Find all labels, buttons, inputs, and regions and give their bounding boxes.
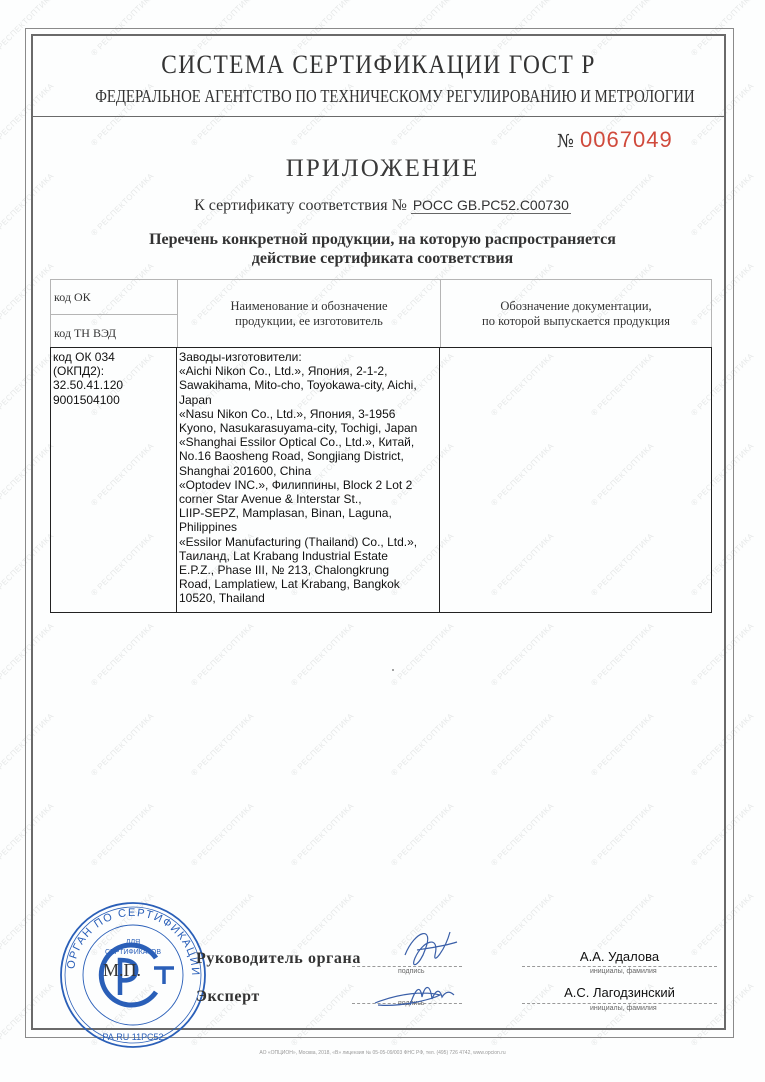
- annex-title: ПРИЛОЖЕНИЕ: [0, 155, 765, 183]
- scope-description: Перечень конкретной продукции, на котору…: [0, 230, 765, 268]
- column-divider: [176, 348, 177, 612]
- form-number: №0067049: [557, 127, 673, 153]
- product-line: LIIP-SEPZ, Mamplasan, Binan, Laguna,: [179, 506, 441, 520]
- svg-text:СЕРТИФИКАТОВ: СЕРТИФИКАТОВ: [105, 949, 161, 956]
- certificate-reference-label: К сертификату соответствия №: [194, 197, 407, 214]
- printer-footer: АО «ОПЦИОН», Москва, 2018, «В» лицензия …: [0, 1050, 765, 1056]
- product-line: Sawakihama, Mito-cho, Toyokawa-city, Aic…: [179, 378, 441, 392]
- speck: [392, 669, 394, 671]
- product-line: Japan: [179, 393, 441, 407]
- product-line: Заводы-изготовители:: [179, 350, 441, 364]
- product-line: Shanghai 201600, China: [179, 464, 441, 478]
- header-codes-cell: код ОК код ТН ВЭД: [51, 280, 178, 348]
- header-product-text: Наименование и обозначениепродукции, ее …: [230, 299, 387, 329]
- head-label: Руководитель органа: [196, 950, 361, 968]
- expert-name-caption: инициалы, фамилия: [590, 1005, 657, 1012]
- product-line: «Optodev INC.», Филиппины, Block 2 Lot 2: [179, 478, 441, 492]
- code-line: 9001504100: [53, 393, 175, 407]
- certificate-header: СИСТЕМА СЕРТИФИКАЦИИ ГОСТ Р ФЕДЕРАЛЬНОЕ …: [33, 36, 724, 117]
- product-line: Road, Lamplatiew, Lat Krabang, Bangkok: [179, 577, 441, 591]
- products-table-header: код ОК код ТН ВЭД Наименование и обознач…: [50, 279, 712, 347]
- system-title: СИСТЕМА СЕРТИФИКАЦИИ ГОСТ Р: [68, 50, 690, 80]
- header-documentation: Обозначение документации,по которой выпу…: [441, 280, 711, 348]
- product-line: «Aichi Nikon Co., Ltd.», Япония, 2-1-2,: [179, 364, 441, 378]
- agency-name: ФЕДЕРАЛЬНОЕ АГЕНТСТВО ПО ТЕХНИЧЕСКОМУ РЕ…: [95, 86, 662, 107]
- scope-line-2: действие сертификата соответствия: [0, 249, 765, 268]
- product-line: «Shanghai Essilor Optical Co., Ltd.», Ки…: [179, 435, 441, 449]
- svg-text:РА RU 11РС52: РА RU 11РС52: [102, 1032, 163, 1042]
- certificate-reference: К сертификату соответствия №РОСС GB.РС52…: [0, 197, 765, 215]
- product-line: Kyono, Nasukarasuyama-city, Tochigi, Jap…: [179, 421, 441, 435]
- product-line: No.16 Baosheng Road, Songjiang District,: [179, 449, 441, 463]
- product-line: Philippines: [179, 520, 441, 534]
- head-name-line: [522, 966, 717, 967]
- head-name: А.А. Удалова: [522, 949, 717, 964]
- product-cell: Заводы-изготовители:«Aichi Nikon Co., Lt…: [179, 350, 441, 606]
- code-line: (ОКПД2):: [53, 364, 175, 378]
- header-split-line: [51, 314, 177, 315]
- form-number-value: 0067049: [580, 127, 673, 152]
- head-signature: [395, 920, 465, 975]
- expert-name: А.С. Лагодзинский: [522, 985, 717, 1000]
- number-sign: №: [557, 131, 574, 152]
- product-line: E.P.Z., Phase III, № 213, Chalongkrung: [179, 563, 441, 577]
- header-tn-ved-code: код ТН ВЭД: [54, 326, 116, 341]
- header-documentation-text: Обозначение документации,по которой выпу…: [482, 299, 670, 329]
- product-line: Таиланд, Lat Krabang Industrial Estate: [179, 549, 441, 563]
- expert-label: Эксперт: [196, 988, 260, 1006]
- head-name-caption: инициалы, фамилия: [590, 968, 657, 975]
- header-product: Наименование и обозначениепродукции, ее …: [178, 280, 441, 348]
- expert-name-line: [522, 1003, 717, 1004]
- certificate-reference-value: РОСС GB.РС52.С00730: [411, 197, 571, 214]
- stamp-place-mark: М.П.: [103, 960, 141, 981]
- scope-line-1: Перечень конкретной продукции, на котору…: [0, 230, 765, 249]
- expert-signature: [370, 975, 470, 1015]
- column-divider: [439, 348, 440, 612]
- products-table-row: код ОК 034(ОКПД2):32.50.41.1209001504100…: [50, 347, 712, 613]
- product-line: «Essilor Manufacturing (Thailand) Co., L…: [179, 535, 441, 549]
- product-line: «Nasu Nikon Co., Ltd.», Япония, 3-1956: [179, 407, 441, 421]
- code-line: 32.50.41.120: [53, 378, 175, 392]
- svg-text:ДЛЯ: ДЛЯ: [126, 939, 140, 946]
- codes-cell: код ОК 034(ОКПД2):32.50.41.1209001504100: [53, 350, 175, 407]
- code-line: код ОК 034: [53, 350, 175, 364]
- product-line: 10520, Thailand: [179, 591, 441, 605]
- product-line: corner Star Avenue & Interstar St.,: [179, 492, 441, 506]
- header-ok-code: код ОК: [54, 290, 91, 305]
